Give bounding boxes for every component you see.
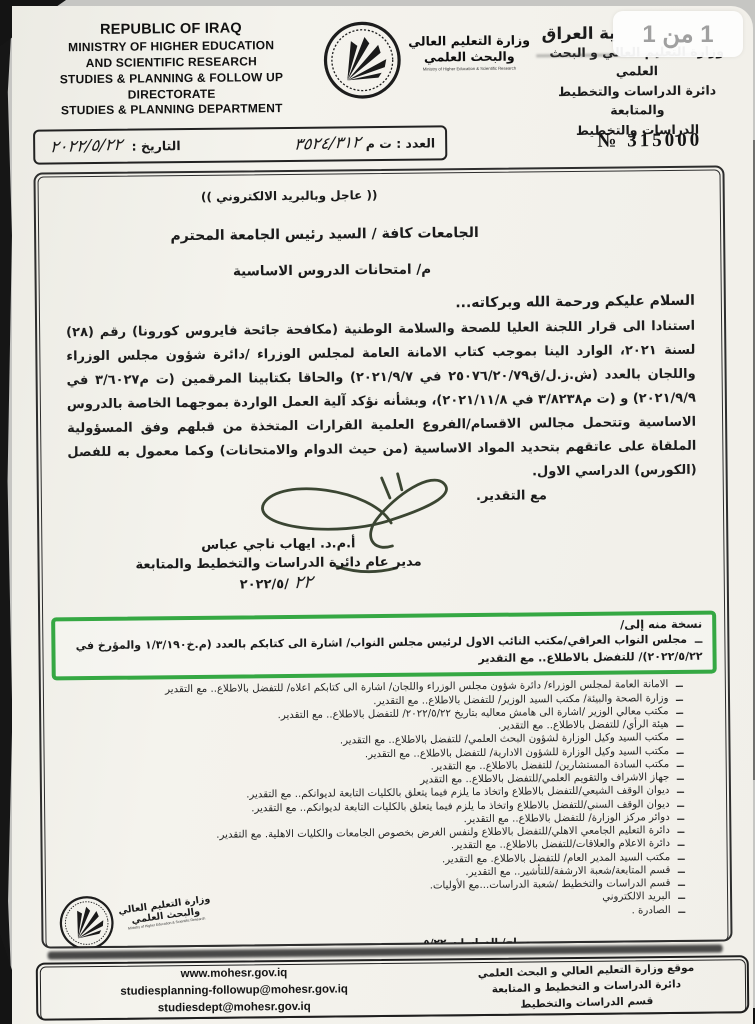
- footer-box: www.mohesr.gov.iq studiesplanning-follow…: [39, 959, 746, 1020]
- wordmark-caption: Ministry of Higher Education & Scientifi…: [408, 66, 530, 72]
- number-field: العدد : ت م٣٥٢٤/٣١٢: [289, 132, 435, 153]
- letterhead-en-line: STUDIES & PLANNING DEPARTMENT: [31, 101, 313, 120]
- highlighted-cc-box: نسخة منه إلى/ مجلس النواب العراقي/مكتب ا…: [51, 611, 717, 681]
- document-page: REPUBLIC OF IRAQ MINISTRY OF HIGHER EDUC…: [12, 6, 753, 1024]
- letterhead-en-line: STUDIES & PLANNING & FOLLOW UP DIRECTORA…: [30, 69, 312, 104]
- number-value-handwritten: ٣٥٢٤/٣١٢: [293, 132, 361, 153]
- letterhead-en-line: MINISTRY OF HIGHER EDUCATION: [30, 38, 312, 57]
- urgency-note: (( عاجل وبالبريد الالكتروني )): [38, 186, 604, 207]
- signer-block: أ.م.د. ايهاب ناجي عباس مدير عام دائرة ال…: [108, 536, 449, 596]
- ministry-emblem-icon: [322, 20, 403, 101]
- letter-paragraph: استنادا الى قرار اللجنة العليا للصحة وال…: [66, 315, 697, 490]
- signature-date-printed: ٢٠٢٢/٥/: [240, 577, 289, 593]
- signature-area: مع التقدير. أ.م.د. ايهاب ناجي عباس مدير …: [68, 487, 698, 612]
- footer-strip: www.mohesr.gov.iq studiesplanning-follow…: [36, 955, 750, 1020]
- footer-logo-wordmark: وزارة التعليم العالي والبحث العلمي Minis…: [118, 893, 213, 932]
- cc-item-highlighted: مجلس النواب العراقي/مكتب النائب الاول لر…: [65, 632, 702, 672]
- footer-email: studiesdept@mohesr.gov.iq: [41, 997, 428, 1018]
- signer-name: أ.م.د. ايهاب ناجي عباس: [108, 536, 448, 555]
- letterhead-ar-line: الدراسات والتخطيط: [531, 119, 744, 141]
- signature-date-handwritten: ٢٢: [293, 573, 314, 594]
- number-date-box: العدد : ت م٣٥٢٤/٣١٢ التاريخ : ٢٠٢٢/٥/٢٢: [33, 125, 447, 164]
- signer-title: مدير عام دائرة الدراسات والتخطيط والمتاب…: [109, 555, 449, 574]
- date-field: التاريخ : ٢٠٢٢/٥/٢٢: [45, 135, 181, 155]
- number-label: العدد : ت م: [366, 135, 436, 151]
- letter-frame: (( عاجل وبالبريد الالكتروني )) الجامعات …: [33, 165, 732, 948]
- subject-line: م/ امتحانات الدروس الاساسية: [38, 259, 647, 282]
- signature-date: ٢٠٢٢/٥/٢٢: [109, 572, 449, 596]
- closing-line: مع التقدير.: [476, 489, 547, 505]
- ministry-emblem-icon: [55, 892, 118, 949]
- wordmark-line: والبحث العلمي: [408, 48, 530, 65]
- letterhead-english: REPUBLIC OF IRAQ MINISTRY OF HIGHER EDUC…: [30, 19, 313, 120]
- letterhead-ar-line: دائرة الدراسات والتخطيط والمتابعة: [531, 80, 744, 121]
- page-content: REPUBLIC OF IRAQ MINISTRY OF HIGHER EDUC…: [8, 2, 755, 1024]
- salutation-line: السلام عليكم ورحمة الله وبركاته...: [66, 293, 695, 316]
- page-count-badge: 1 من 1: [613, 11, 743, 57]
- date-value-handwritten: ٢٠٢٢/٥/٢٢: [49, 135, 123, 157]
- footer-arabic: موقع وزارة التعليم العالي و البحث العلمي…: [427, 959, 745, 1015]
- date-label: التاريخ :: [132, 138, 181, 154]
- footer-contacts: www.mohesr.gov.iq studiesplanning-follow…: [40, 964, 428, 1018]
- recipient-line: الجامعات كافة / السيد رئيس الجامعة المحت…: [38, 223, 640, 246]
- letter-body: (( عاجل وبالبريد الالكتروني )) الجامعات …: [38, 169, 729, 948]
